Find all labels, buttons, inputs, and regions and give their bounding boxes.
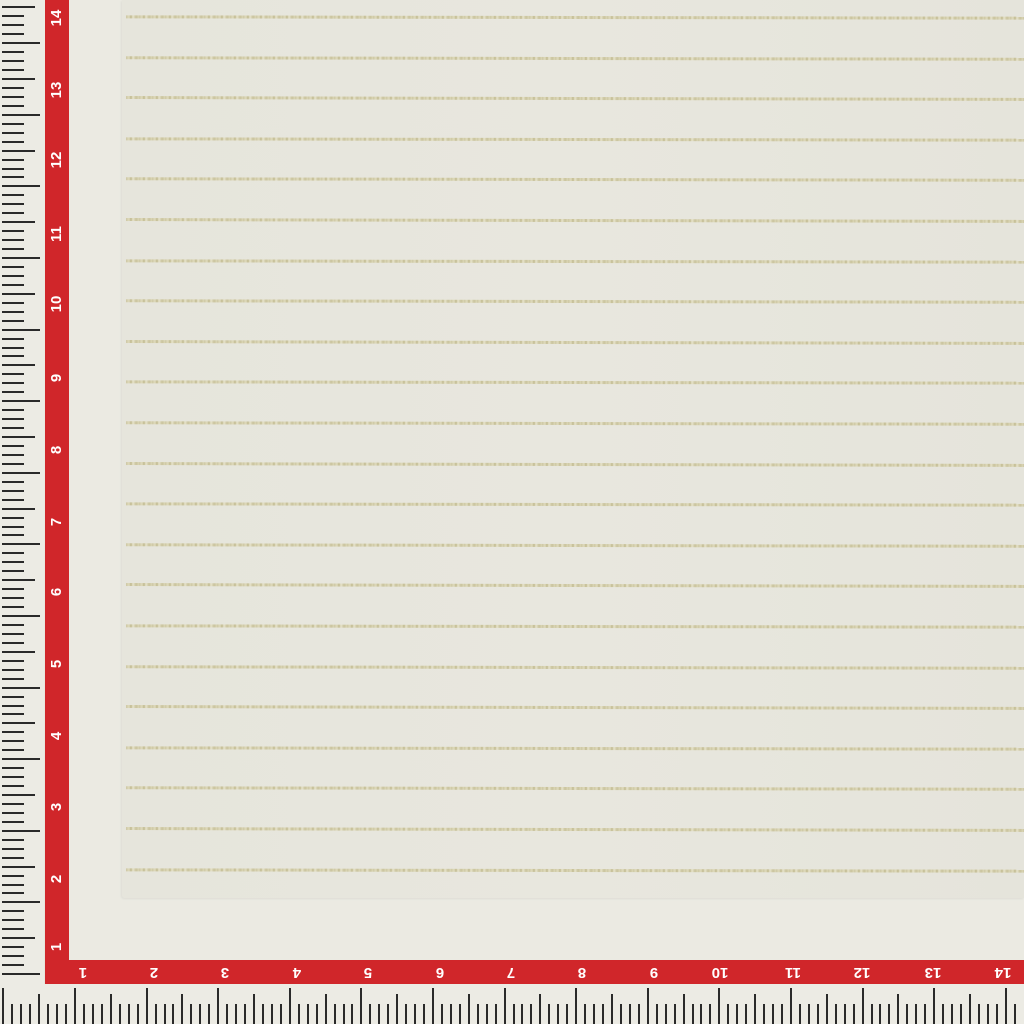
gold-stripe: [126, 177, 1024, 182]
tick-mark: [2, 928, 24, 930]
tick-mark: [2, 615, 40, 617]
tick-mark: [2, 803, 24, 805]
tick-mark: [2, 988, 4, 1024]
gold-stripe: [126, 96, 1024, 101]
tick-mark: [2, 347, 24, 349]
tick-mark: [808, 1004, 810, 1024]
tick-mark: [2, 212, 24, 214]
tick-mark: [844, 1004, 846, 1024]
tick-mark: [2, 60, 24, 62]
bottom-ruler-label: 11: [778, 960, 808, 984]
tick-mark: [2, 687, 40, 689]
bottom-ruler-label: 4: [282, 960, 312, 984]
tick-mark: [2, 839, 24, 841]
tick-mark: [2, 660, 24, 662]
tick-mark: [2, 767, 24, 769]
tick-mark: [307, 1004, 309, 1024]
tick-mark: [334, 1004, 336, 1024]
tick-mark: [2, 606, 24, 608]
tick-mark: [244, 1004, 246, 1024]
tick-mark: [155, 1004, 157, 1024]
left-ruler-label: 14: [45, 6, 69, 30]
gold-stripe: [126, 624, 1024, 628]
tick-mark: [2, 445, 24, 447]
tick-mark: [387, 1004, 389, 1024]
tick-mark: [978, 1004, 980, 1024]
tick-mark: [164, 1004, 166, 1024]
left-ruler-label: 1: [45, 935, 69, 959]
tick-mark: [316, 1004, 318, 1024]
gold-stripe: [126, 137, 1024, 141]
tick-mark: [2, 275, 24, 277]
tick-mark: [2, 373, 24, 375]
tick-mark: [2, 857, 24, 859]
tick-mark: [2, 749, 24, 751]
tick-mark: [933, 988, 935, 1024]
tick-mark: [674, 1004, 676, 1024]
tick-mark: [700, 1004, 702, 1024]
tick-mark: [83, 1004, 85, 1024]
tick-mark: [2, 42, 40, 44]
tick-mark: [2, 937, 35, 939]
tick-mark: [486, 1004, 488, 1024]
gold-stripe: [126, 502, 1024, 506]
tick-mark: [2, 597, 24, 599]
tick-mark: [2, 955, 24, 957]
bottom-ruler-label: 10: [705, 960, 735, 984]
tick-mark: [235, 1004, 237, 1024]
tick-mark: [441, 1004, 443, 1024]
tick-mark: [2, 329, 40, 331]
gold-stripe: [126, 340, 1024, 345]
tick-mark: [2, 391, 24, 393]
tick-mark: [2, 105, 24, 107]
left-ruler-label: 11: [45, 222, 69, 246]
tick-mark: [2, 892, 24, 894]
gold-stripe: [126, 705, 1024, 710]
tick-mark: [2, 427, 24, 429]
tick-mark: [2, 87, 24, 89]
tick-mark: [656, 1004, 658, 1024]
tick-mark: [262, 1004, 264, 1024]
tick-mark: [2, 570, 24, 572]
tick-mark: [450, 1004, 452, 1024]
bottom-ruler-label: 2: [139, 960, 169, 984]
fabric-swatch: [122, 0, 1024, 898]
bottom-ruler: 1 2 3 4 5 6 7 8 9 10 11 12 13 14: [45, 960, 1024, 984]
left-tick-scale: [0, 0, 44, 990]
gold-stripe: [126, 421, 1024, 426]
tick-mark: [2, 15, 24, 17]
bottom-ruler-label: 1: [68, 960, 98, 984]
tick-mark: [2, 543, 40, 545]
tick-mark: [2, 830, 40, 832]
tick-mark: [2, 141, 24, 143]
tick-mark: [2, 794, 35, 796]
tick-mark: [709, 1004, 711, 1024]
tick-mark: [548, 1004, 550, 1024]
tick-mark: [2, 400, 40, 402]
tick-mark: [2, 964, 24, 966]
tick-mark: [987, 1004, 989, 1024]
tick-mark: [575, 988, 577, 1024]
left-ruler-label: 12: [45, 148, 69, 172]
tick-mark: [396, 994, 398, 1024]
tick-mark: [2, 740, 24, 742]
tick-mark: [253, 994, 255, 1024]
tick-mark: [960, 1004, 962, 1024]
tick-mark: [280, 1004, 282, 1024]
tick-mark: [826, 994, 828, 1024]
tick-mark: [2, 678, 24, 680]
tick-mark: [2, 284, 24, 286]
tick-mark: [593, 1004, 595, 1024]
tick-mark: [2, 552, 24, 554]
tick-mark: [2, 946, 24, 948]
tick-mark: [2, 633, 24, 635]
tick-mark: [343, 1004, 345, 1024]
tick-mark: [65, 1004, 67, 1024]
tick-mark: [2, 713, 24, 715]
tick-mark: [665, 1004, 667, 1024]
tick-mark: [924, 1004, 926, 1024]
gold-stripe: [126, 56, 1024, 61]
tick-mark: [2, 150, 35, 152]
tick-mark: [226, 1004, 228, 1024]
tick-mark: [423, 1004, 425, 1024]
tick-mark: [897, 994, 899, 1024]
tick-mark: [146, 988, 148, 1024]
tick-mark: [2, 176, 24, 178]
tick-mark: [29, 1004, 31, 1024]
tick-mark: [468, 994, 470, 1024]
tick-mark: [2, 910, 24, 912]
tick-mark: [208, 1004, 210, 1024]
tick-mark: [2, 221, 35, 223]
tick-mark: [459, 1004, 461, 1024]
tick-mark: [584, 1004, 586, 1024]
left-ruler-label: 7: [45, 510, 69, 534]
tick-mark: [2, 454, 24, 456]
bottom-ruler-label: 8: [567, 960, 597, 984]
bottom-ruler-label: 13: [918, 960, 948, 984]
gold-stripe: [126, 462, 1024, 467]
bottom-ruler-label: 6: [425, 960, 455, 984]
tick-mark: [799, 1004, 801, 1024]
tick-mark: [611, 994, 613, 1024]
tick-mark: [217, 988, 219, 1024]
tick-mark: [2, 194, 24, 196]
tick-mark: [763, 1004, 765, 1024]
tick-mark: [101, 1004, 103, 1024]
tick-mark: [477, 1004, 479, 1024]
tick-mark: [2, 588, 24, 590]
tick-mark: [557, 1004, 559, 1024]
tick-mark: [271, 1004, 273, 1024]
tick-mark: [2, 821, 24, 823]
tick-mark: [2, 508, 35, 510]
tick-mark: [996, 1004, 998, 1024]
bottom-tick-scale: [0, 984, 1024, 1024]
tick-mark: [11, 1004, 13, 1024]
gold-stripe: [126, 868, 1024, 872]
tick-mark: [432, 988, 434, 1024]
tick-mark: [2, 696, 24, 698]
left-ruler-label: 8: [45, 438, 69, 462]
tick-mark: [817, 1004, 819, 1024]
tick-mark: [2, 579, 35, 581]
tick-mark: [2, 705, 24, 707]
left-ruler-label: 4: [45, 724, 69, 748]
tick-mark: [2, 257, 40, 259]
gold-stripe: [126, 746, 1024, 750]
tick-mark: [2, 866, 35, 868]
tick-mark: [862, 988, 864, 1024]
tick-mark: [2, 355, 24, 357]
tick-mark: [325, 994, 327, 1024]
tick-mark: [2, 338, 24, 340]
left-ruler-label: 6: [45, 580, 69, 604]
tick-mark: [790, 988, 792, 1024]
left-ruler-label: 3: [45, 795, 69, 819]
tick-mark: [2, 302, 24, 304]
tick-mark: [2, 409, 24, 411]
bottom-ruler-label: 5: [353, 960, 383, 984]
tick-mark: [566, 1004, 568, 1024]
tick-mark: [772, 1004, 774, 1024]
tick-mark: [915, 1004, 917, 1024]
left-ruler-label: 13: [45, 78, 69, 102]
tick-mark: [727, 1004, 729, 1024]
tick-mark: [871, 1004, 873, 1024]
tick-mark: [2, 311, 24, 313]
tick-mark: [1014, 1004, 1016, 1024]
tick-mark: [128, 1004, 130, 1024]
bottom-ruler-label: 14: [988, 960, 1018, 984]
tick-mark: [369, 1004, 371, 1024]
gold-stripe: [126, 259, 1024, 263]
tick-mark: [2, 526, 24, 528]
tick-mark: [2, 776, 24, 778]
tick-mark: [2, 168, 24, 170]
tick-mark: [289, 988, 291, 1024]
tick-mark: [2, 517, 24, 519]
tick-mark: [835, 1004, 837, 1024]
tick-mark: [718, 988, 720, 1024]
tick-mark: [2, 848, 24, 850]
tick-mark: [942, 1004, 944, 1024]
tick-mark: [2, 248, 24, 250]
tick-mark: [378, 1004, 380, 1024]
tick-mark: [2, 320, 24, 322]
tick-mark: [298, 1004, 300, 1024]
tick-mark: [38, 994, 40, 1024]
tick-mark: [906, 1004, 908, 1024]
tick-mark: [56, 1004, 58, 1024]
tick-mark: [2, 6, 35, 8]
tick-mark: [888, 1004, 890, 1024]
gold-stripe: [126, 380, 1024, 384]
bottom-ruler-label: 12: [847, 960, 877, 984]
tick-mark: [2, 875, 24, 877]
tick-mark: [853, 1004, 855, 1024]
tick-mark: [2, 481, 24, 483]
bottom-ruler-label: 9: [639, 960, 669, 984]
tick-mark: [47, 1004, 49, 1024]
tick-mark: [495, 1004, 497, 1024]
tick-mark: [683, 994, 685, 1024]
tick-mark: [2, 239, 24, 241]
tick-mark: [2, 78, 35, 80]
tick-mark: [2, 624, 24, 626]
tick-mark: [2, 293, 35, 295]
tick-mark: [2, 436, 35, 438]
tick-mark: [736, 1004, 738, 1024]
tick-mark: [74, 988, 76, 1024]
tick-mark: [2, 69, 24, 71]
tick-mark: [351, 1004, 353, 1024]
tick-mark: [2, 185, 40, 187]
tick-mark: [2, 499, 24, 501]
tick-mark: [2, 722, 35, 724]
tick-mark: [530, 1004, 532, 1024]
tick-mark: [781, 1004, 783, 1024]
gold-stripe: [126, 15, 1024, 19]
tick-mark: [2, 534, 24, 536]
gold-stripe: [126, 218, 1024, 223]
gold-stripe: [126, 665, 1024, 670]
tick-mark: [2, 561, 24, 563]
tick-mark: [119, 1004, 121, 1024]
tick-mark: [2, 472, 40, 474]
tick-mark: [2, 382, 24, 384]
tick-mark: [2, 266, 24, 268]
tick-mark: [539, 994, 541, 1024]
left-ruler-label: 5: [45, 652, 69, 676]
tick-mark: [2, 33, 24, 35]
tick-mark: [2, 203, 24, 205]
tick-mark: [190, 1004, 192, 1024]
gold-stripe: [126, 827, 1024, 832]
tick-mark: [405, 1004, 407, 1024]
tick-mark: [638, 1004, 640, 1024]
tick-mark: [2, 51, 24, 53]
tick-mark: [879, 1004, 881, 1024]
tick-mark: [2, 24, 24, 26]
bottom-ruler-label: 3: [210, 960, 240, 984]
tick-mark: [2, 901, 40, 903]
tick-mark: [2, 731, 24, 733]
tick-mark: [2, 159, 24, 161]
tick-mark: [2, 973, 40, 975]
tick-mark: [20, 1004, 22, 1024]
tick-mark: [2, 884, 24, 886]
tick-mark: [2, 132, 24, 134]
tick-mark: [2, 418, 24, 420]
tick-mark: [2, 230, 24, 232]
tick-mark: [504, 988, 506, 1024]
tick-mark: [110, 994, 112, 1024]
tick-mark: [969, 994, 971, 1024]
tick-mark: [647, 988, 649, 1024]
tick-mark: [692, 1004, 694, 1024]
tick-mark: [2, 114, 40, 116]
gold-stripe: [126, 786, 1024, 791]
tick-mark: [2, 463, 24, 465]
tick-mark: [2, 642, 24, 644]
tick-mark: [199, 1004, 201, 1024]
tick-mark: [137, 1004, 139, 1024]
bottom-ruler-label: 7: [496, 960, 526, 984]
tick-mark: [602, 1004, 604, 1024]
tick-mark: [951, 1004, 953, 1024]
tick-mark: [2, 919, 24, 921]
tick-mark: [414, 1004, 416, 1024]
tick-mark: [2, 669, 24, 671]
tick-mark: [360, 988, 362, 1024]
tick-mark: [181, 994, 183, 1024]
tick-mark: [2, 812, 24, 814]
left-ruler-label: 10: [45, 292, 69, 316]
tick-mark: [2, 123, 24, 125]
tick-mark: [745, 1004, 747, 1024]
tick-mark: [521, 1004, 523, 1024]
tick-mark: [629, 1004, 631, 1024]
gold-stripe: [126, 583, 1024, 588]
gold-stripe: [126, 543, 1024, 548]
tick-mark: [620, 1004, 622, 1024]
gold-stripe: [126, 299, 1024, 304]
tick-mark: [2, 651, 35, 653]
tick-mark: [2, 785, 24, 787]
left-ruler-label: 9: [45, 366, 69, 390]
tick-mark: [2, 96, 24, 98]
tick-mark: [513, 1004, 515, 1024]
tick-mark: [92, 1004, 94, 1024]
left-ruler: 1 2 3 4 5 6 7 8 9 10 11 12 13 14: [45, 0, 69, 984]
tick-mark: [2, 490, 24, 492]
tick-mark: [172, 1004, 174, 1024]
tick-mark: [1005, 988, 1007, 1024]
left-ruler-label: 2: [45, 867, 69, 891]
tick-mark: [2, 758, 40, 760]
tick-mark: [2, 364, 35, 366]
tick-mark: [754, 994, 756, 1024]
